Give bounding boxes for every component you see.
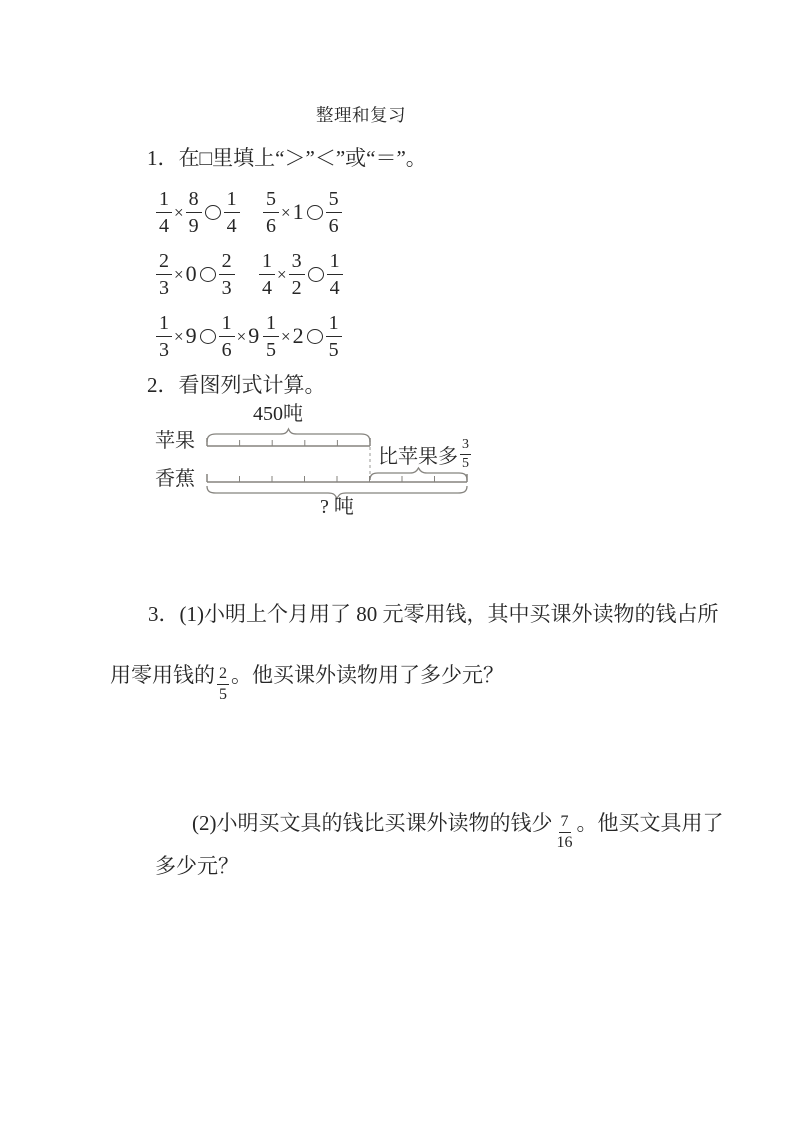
apple-bar bbox=[207, 438, 370, 446]
fraction-denominator: 4 bbox=[259, 275, 275, 298]
multiply-operator: × bbox=[281, 327, 291, 347]
apple-row-label: 苹果 bbox=[155, 430, 195, 452]
fraction: 13 bbox=[156, 313, 172, 360]
fraction-numerator: 8 bbox=[186, 189, 202, 213]
q3-part2-fraction: 716 bbox=[555, 814, 575, 851]
q1-expression-r2-left: 23×023 bbox=[155, 250, 236, 298]
fraction-denominator: 2 bbox=[289, 275, 305, 298]
fraction: 23 bbox=[156, 251, 172, 298]
q3-part2-line2: 多少元？ bbox=[155, 853, 239, 879]
apple-overbrace bbox=[207, 429, 370, 442]
q2-prompt: 2．看图列式计算。 bbox=[147, 372, 326, 398]
fraction-numerator: 5 bbox=[263, 189, 279, 213]
fraction-denominator: 6 bbox=[219, 337, 235, 360]
q3-part1-line1: 3．(1)小明上个月用了 80 元零用钱，其中买课外读物的钱占所 bbox=[148, 601, 718, 627]
fraction-numerator: 2 bbox=[156, 251, 172, 275]
fraction-denominator: 6 bbox=[263, 213, 279, 236]
banana-bar bbox=[207, 474, 467, 482]
multiply-operator: × bbox=[174, 327, 184, 347]
fraction: 56 bbox=[263, 189, 279, 236]
comparison-circle bbox=[307, 329, 323, 344]
fraction: 56 bbox=[326, 189, 342, 236]
whole-number: 9 bbox=[248, 323, 259, 349]
fraction: 16 bbox=[219, 313, 235, 360]
top-quantity-label: 450吨 bbox=[253, 403, 303, 425]
q1-prompt: 1．在□里填上“＞”＜”或“＝”。 bbox=[147, 145, 427, 171]
fraction-numerator: 1 bbox=[326, 313, 342, 337]
fraction-numerator: 1 bbox=[327, 251, 343, 275]
comparison-circle bbox=[200, 267, 216, 282]
whole-number: 0 bbox=[186, 261, 197, 287]
fraction-denominator: 3 bbox=[156, 275, 172, 298]
banana-row-label: 香蕉 bbox=[155, 468, 195, 490]
fraction: 89 bbox=[186, 189, 202, 236]
more-than-apple-label: 比苹果多 3 5 bbox=[378, 438, 473, 471]
q3-part1-line2-after: 。他买课外读物用了多少元？ bbox=[231, 663, 504, 687]
whole-number: 1 bbox=[293, 199, 304, 225]
fraction: 14 bbox=[156, 189, 172, 236]
comparison-circle bbox=[308, 267, 324, 282]
fraction-numerator: 3 bbox=[289, 251, 305, 275]
q1-expression-r3-right: 15×215 bbox=[262, 312, 343, 360]
fraction-denominator: 3 bbox=[156, 337, 172, 360]
more-fraction: 3 5 bbox=[460, 438, 471, 471]
whole-number: 9 bbox=[186, 323, 197, 349]
fraction-denominator: 4 bbox=[224, 213, 240, 236]
q1-expression-r1-left: 14×8914 bbox=[155, 188, 241, 236]
q1-expression-r2-right: 14×3214 bbox=[258, 250, 344, 298]
bar-diagram: 450吨 苹果 比苹果多 3 5 香蕉 ? 吨 bbox=[150, 400, 510, 518]
q3-part1-line2-before: 用零用钱的 bbox=[110, 663, 215, 687]
fraction: 15 bbox=[326, 313, 342, 360]
fraction: 14 bbox=[259, 251, 275, 298]
fraction-numerator: 1 bbox=[224, 189, 240, 213]
page-title: 整理和复习 bbox=[316, 102, 406, 127]
fraction: 23 bbox=[219, 251, 235, 298]
q3-part1-fraction: 25 bbox=[217, 666, 229, 703]
fraction-denominator: 4 bbox=[156, 213, 172, 236]
fraction: 14 bbox=[224, 189, 240, 236]
q3-part1-line2: 用零用钱的25。他买课外读物用了多少元？ bbox=[110, 662, 504, 703]
q3-part2-line1-after: 。他买文具用了 bbox=[577, 811, 724, 835]
worksheet-page: 整理和复习 1．在□里填上“＞”＜”或“＝”。 14×8914 56×156 2… bbox=[0, 0, 793, 1122]
fraction-numerator: 5 bbox=[326, 189, 342, 213]
fraction-denominator: 5 bbox=[326, 337, 342, 360]
q3-part2-line1-before: (2)小明买文具的钱比买课外读物的钱少 bbox=[192, 811, 553, 835]
multiply-operator: × bbox=[281, 203, 291, 223]
multiply-operator: × bbox=[237, 327, 247, 347]
fraction-denominator: 3 bbox=[219, 275, 235, 298]
fraction-numerator: 1 bbox=[156, 313, 172, 337]
fraction-denominator: 4 bbox=[327, 275, 343, 298]
multiply-operator: × bbox=[174, 203, 184, 223]
comparison-circle bbox=[307, 205, 323, 220]
fraction-numerator: 2 bbox=[219, 251, 235, 275]
comparison-circle bbox=[205, 205, 221, 220]
fraction: 15 bbox=[263, 313, 279, 360]
multiply-operator: × bbox=[277, 265, 287, 285]
fraction: 14 bbox=[327, 251, 343, 298]
fraction-numerator: 1 bbox=[219, 313, 235, 337]
fraction-denominator: 5 bbox=[263, 337, 279, 360]
question-tons-label: ? 吨 bbox=[207, 496, 467, 518]
fraction-numerator: 1 bbox=[156, 189, 172, 213]
multiply-operator: × bbox=[174, 265, 184, 285]
whole-number: 2 bbox=[293, 323, 304, 349]
q1-expression-r1-right: 56×156 bbox=[262, 188, 343, 236]
fraction-numerator: 1 bbox=[263, 313, 279, 337]
fraction-denominator: 9 bbox=[186, 213, 202, 236]
comparison-circle bbox=[200, 329, 216, 344]
fraction: 32 bbox=[289, 251, 305, 298]
more-than-apple-text: 比苹果多 bbox=[378, 440, 458, 469]
q1-expression-r3-left: 13×916×9 bbox=[155, 312, 260, 360]
fraction-denominator: 6 bbox=[326, 213, 342, 236]
fraction-numerator: 1 bbox=[259, 251, 275, 275]
q3-part2-line1: (2)小明买文具的钱比买课外读物的钱少716。他买文具用了 bbox=[192, 810, 724, 851]
